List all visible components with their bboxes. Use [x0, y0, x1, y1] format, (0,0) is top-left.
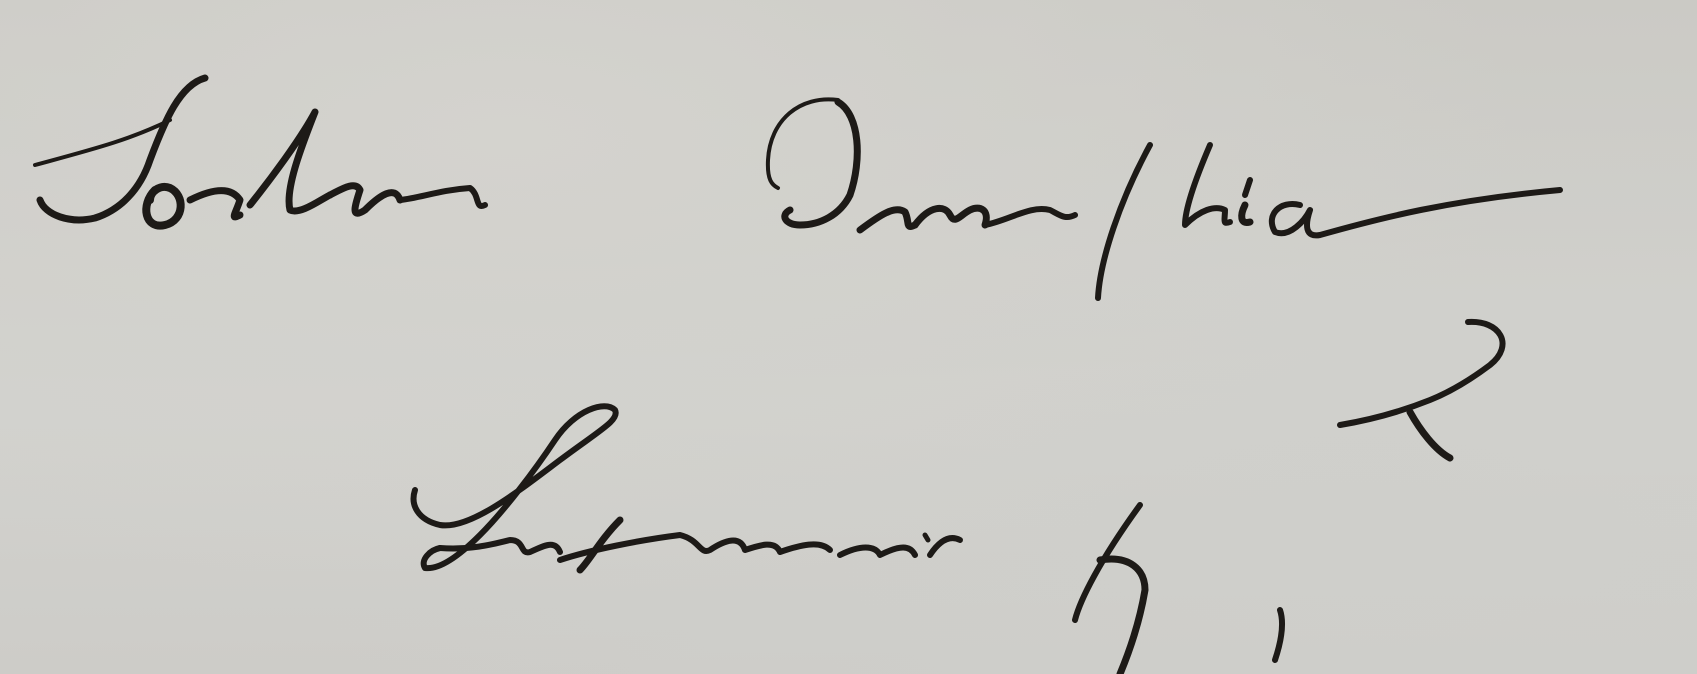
- word-lustmmity: [414, 406, 1283, 674]
- word-jorlens: [35, 78, 485, 226]
- handwriting-strokes: [0, 0, 1697, 674]
- mark-l: [1340, 322, 1503, 458]
- word-damphia: [768, 99, 1560, 298]
- paper-photo: Jorlens Damphia L Lustmmity: [0, 0, 1697, 674]
